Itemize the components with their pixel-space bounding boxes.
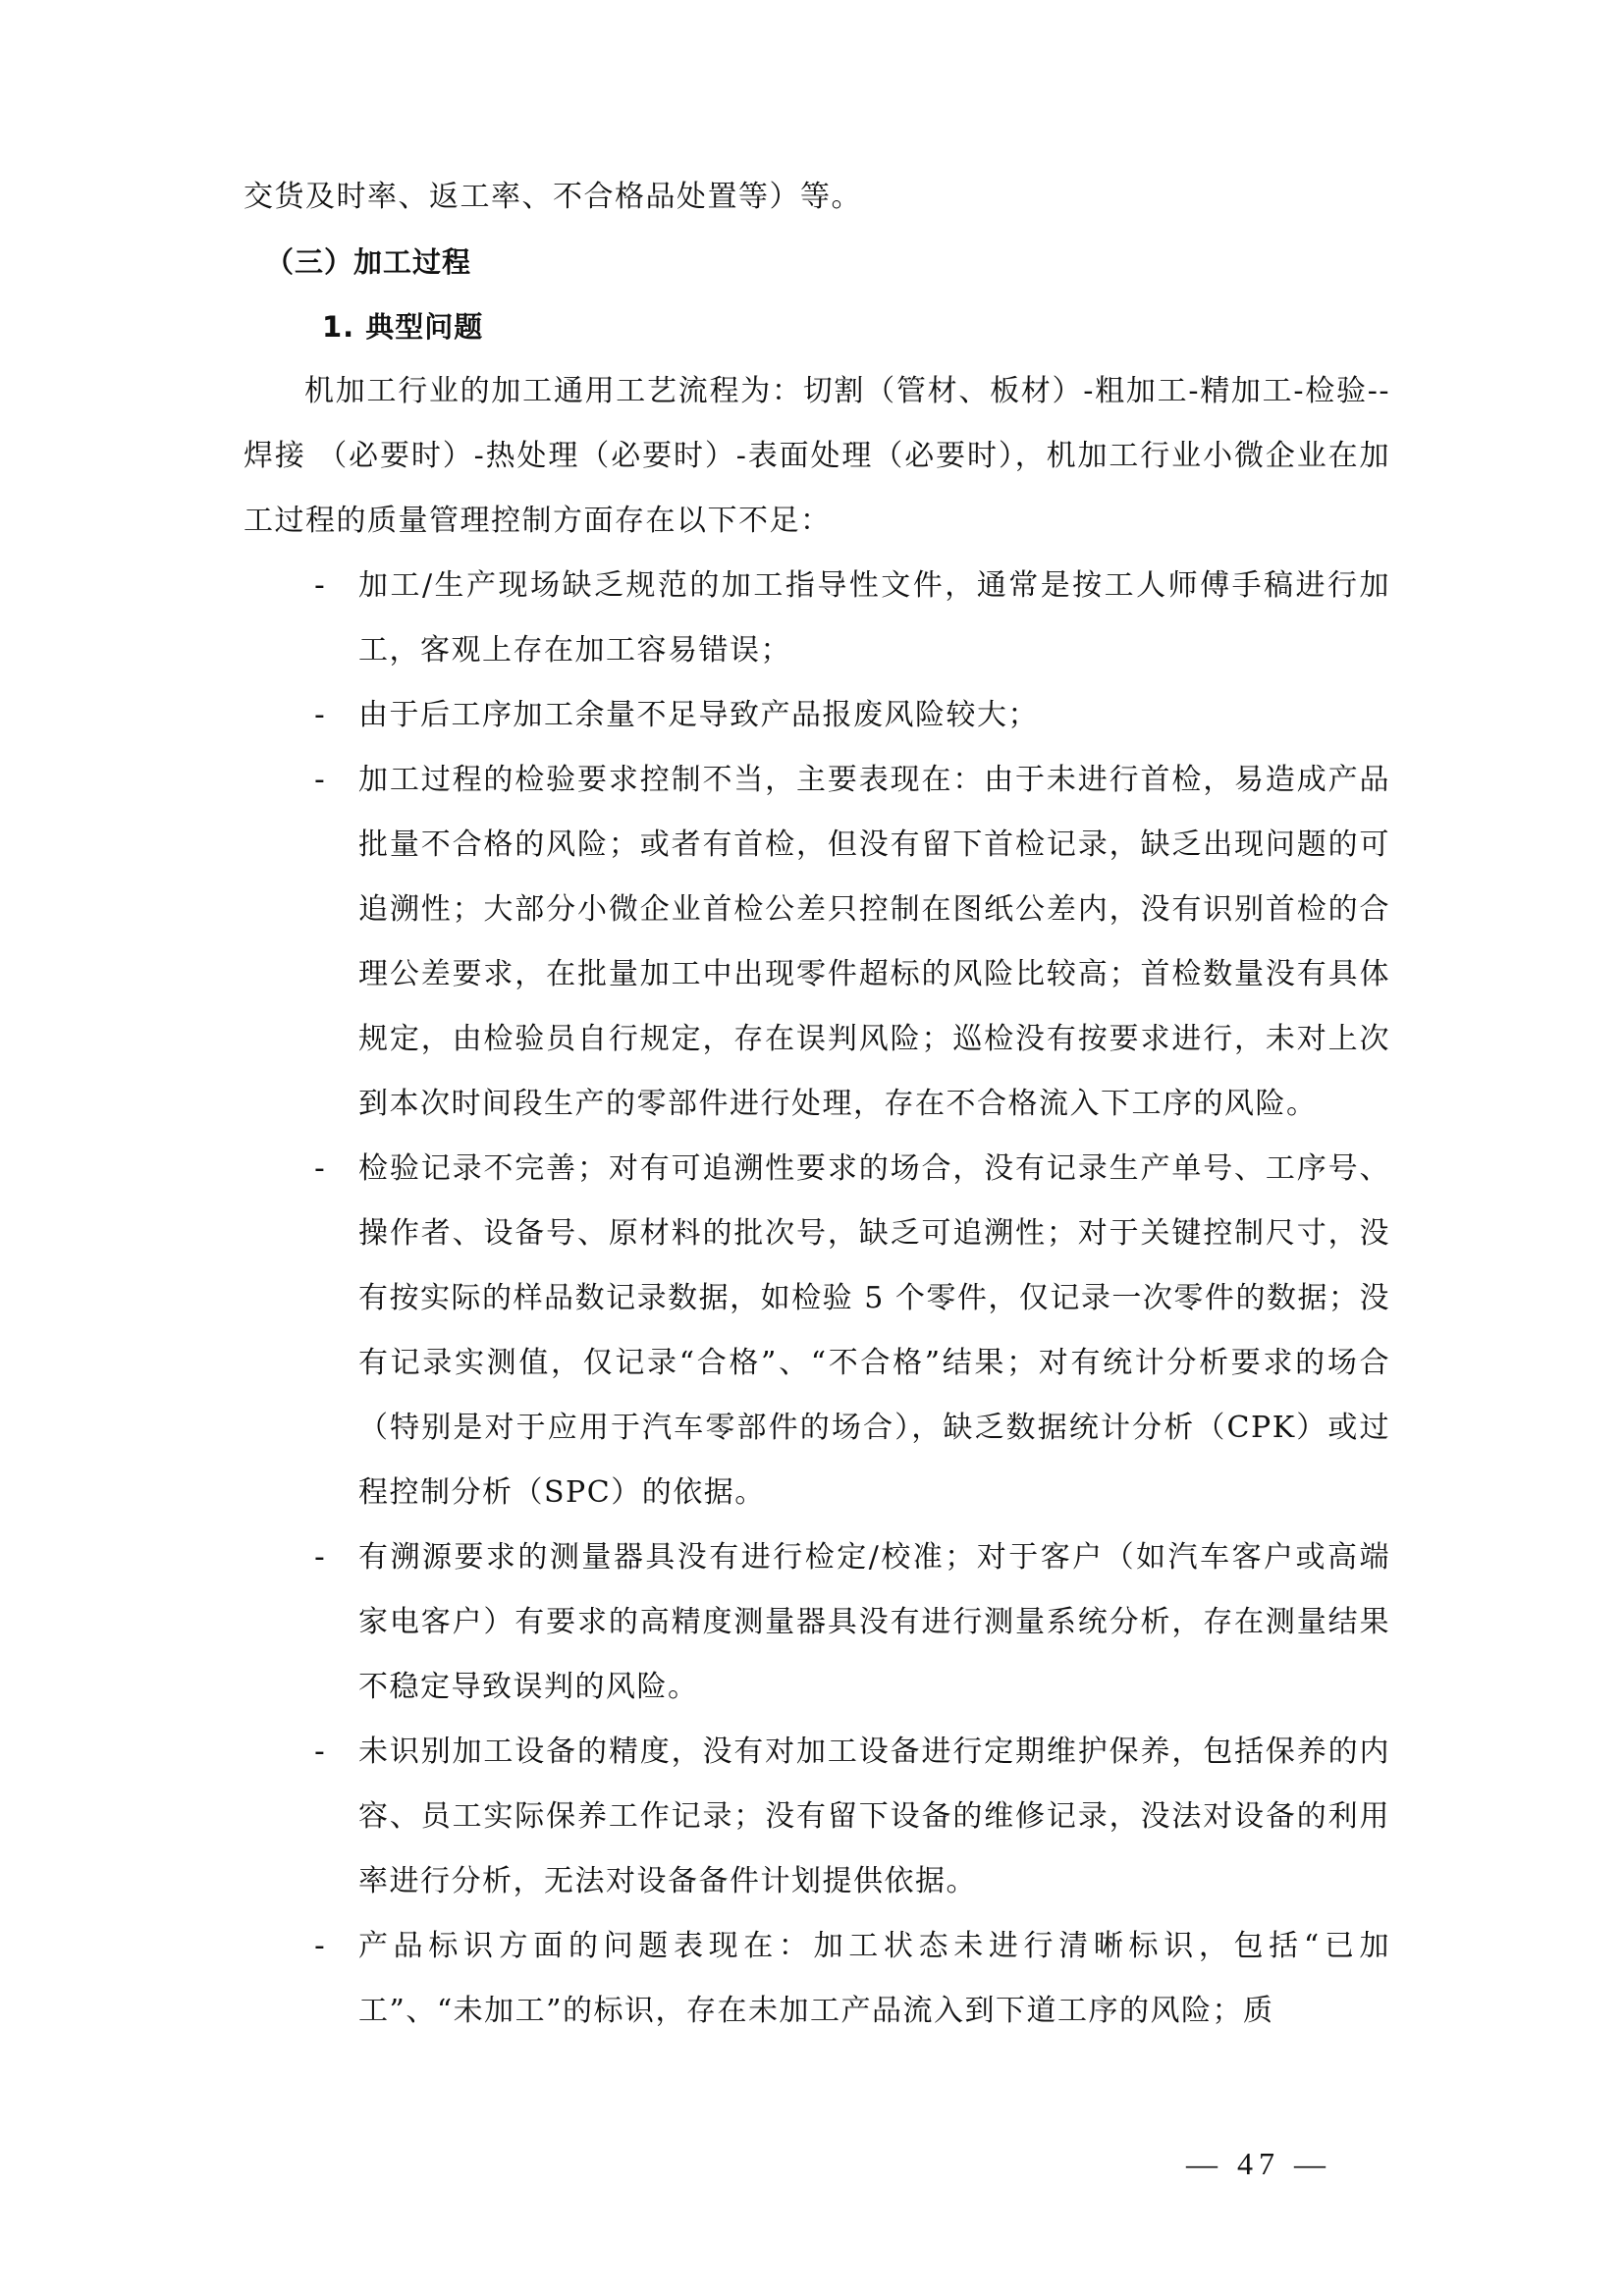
list-item-text: 加工/生产现场缺乏规范的加工指导性文件，通常是按工人师傅手稿进行加工，客观上存在… xyxy=(358,568,1390,667)
dash-bullet-icon: - xyxy=(314,1137,326,1201)
dash-bullet-icon: - xyxy=(314,1720,326,1785)
dash-bullet-icon: - xyxy=(314,748,326,813)
list-item-text: 加工过程的检验要求控制不当，主要表现在：由于未进行首检，易造成产品批量不合格的风… xyxy=(358,763,1390,1121)
continuation-paragraph: 交货及时率、返工率、不合格品处置等）等。 xyxy=(244,165,1390,230)
list-item: - 未识别加工设备的精度，没有对加工设备进行定期维护保养，包括保养的内容、员工实… xyxy=(244,1720,1390,1914)
page-content: 交货及时率、返工率、不合格品处置等）等。 （三）加工过程 1. 典型问题 机加工… xyxy=(244,165,1390,2044)
list-item: - 产品标识方面的问题表现在：加工状态未进行清晰标识，包括“已加工”、“未加工”… xyxy=(244,1914,1390,2044)
list-item-text: 未识别加工设备的精度，没有对加工设备进行定期维护保养，包括保养的内容、员工实际保… xyxy=(358,1735,1390,1898)
list-item: - 由于后工序加工余量不足导致产品报废风险较大； xyxy=(244,683,1390,748)
list-item: - 加工/生产现场缺乏规范的加工指导性文件，通常是按工人师傅手稿进行加工，客观上… xyxy=(244,554,1390,683)
issue-list: - 加工/生产现场缺乏规范的加工指导性文件，通常是按工人师傅手稿进行加工，客观上… xyxy=(244,554,1390,2044)
section-heading: （三）加工过程 xyxy=(244,230,1390,294)
list-item-text: 有溯源要求的测量器具没有进行检定/校准；对于客户（如汽车客户或高端家电客户）有要… xyxy=(358,1540,1390,1704)
list-item-text: 检验记录不完善；对有可追溯性要求的场合，没有记录生产单号、工序号、操作者、设备号… xyxy=(358,1151,1390,1510)
dash-bullet-icon: - xyxy=(314,1525,326,1590)
dash-bullet-icon: - xyxy=(314,1914,326,1979)
list-item: - 检验记录不完善；对有可追溯性要求的场合，没有记录生产单号、工序号、操作者、设… xyxy=(244,1137,1390,1525)
list-item: - 有溯源要求的测量器具没有进行检定/校准；对于客户（如汽车客户或高端家电客户）… xyxy=(244,1525,1390,1720)
page-number: — 47 — xyxy=(1186,2146,1331,2182)
intro-paragraph: 机加工行业的加工通用工艺流程为：切割（管材、板材）-粗加工-精加工-检验-- 焊… xyxy=(244,359,1390,554)
document-page: 交货及时率、返工率、不合格品处置等）等。 （三）加工过程 1. 典型问题 机加工… xyxy=(0,0,1624,2296)
subsection-heading: 1. 典型问题 xyxy=(244,294,1390,359)
list-item-text: 产品标识方面的问题表现在：加工状态未进行清晰标识，包括“已加工”、“未加工”的标… xyxy=(358,1929,1390,2028)
dash-bullet-icon: - xyxy=(314,683,326,748)
dash-bullet-icon: - xyxy=(314,554,326,618)
list-item: - 加工过程的检验要求控制不当，主要表现在：由于未进行首检，易造成产品批量不合格… xyxy=(244,748,1390,1137)
list-item-text: 由于后工序加工余量不足导致产品报废风险较大； xyxy=(358,698,1039,732)
